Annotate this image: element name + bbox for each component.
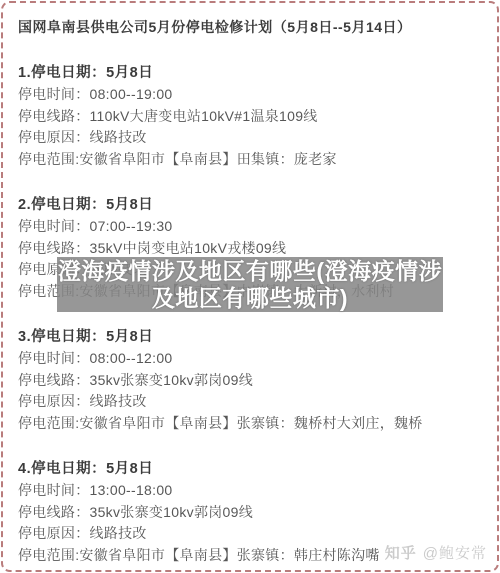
row-label: 停电范围: bbox=[18, 415, 79, 431]
outage-row: 停电时间：08:00--12:00 bbox=[18, 348, 480, 370]
outage-row: 停电原因：线路技改 bbox=[18, 127, 480, 149]
watermark-handle: @鲍安常 bbox=[423, 545, 487, 562]
outage-row: 停电范围:安徽省阜阳市【阜南县】张寨镇：魏桥村大刘庄，魏桥 bbox=[18, 413, 480, 435]
row-label: 停电原因： bbox=[18, 129, 90, 145]
outage-date-title: 1.停电日期：5月8日 bbox=[18, 63, 480, 84]
overlay-title-banner: 澄海疫情涉及地区有哪些(澄海疫情涉 及地区有哪些城市) bbox=[57, 257, 443, 312]
row-value: 线路技改 bbox=[90, 129, 147, 145]
outage-row: 停电时间：08:00--19:00 bbox=[18, 84, 480, 106]
row-value: 07:00--19:30 bbox=[90, 218, 173, 234]
outage-row: 停电范围:安徽省阜阳市【阜南县】田集镇：庞老家 bbox=[18, 149, 480, 171]
row-value: 安徽省阜阳市【阜南县】张寨镇：魏桥村大刘庄，魏桥 bbox=[79, 415, 422, 431]
row-value: 35kv张寨变10kv郭岗09线 bbox=[90, 372, 254, 388]
outage-row: 停电线路：110kV大唐变电站10kV#1温泉109线 bbox=[18, 106, 480, 128]
watermark: 知乎@鲍安常 bbox=[385, 542, 487, 563]
row-label: 停电范围: bbox=[18, 151, 79, 167]
outage-row: 停电原因：线路技改 bbox=[18, 391, 480, 413]
sections: 1.停电日期：5月8日停电时间：08:00--19:00停电线路：110kV大唐… bbox=[18, 63, 480, 566]
outage-row: 停电线路：35kv张寨变10kv郭岗09线 bbox=[18, 502, 480, 524]
overlay-title-line1: 澄海疫情涉及地区有哪些(澄海疫情涉 bbox=[58, 258, 442, 285]
watermark-brand: 知乎 bbox=[385, 545, 417, 562]
row-value: 35kv张寨变10kv郭岗09线 bbox=[90, 504, 254, 520]
notice-image: 国网阜南县供电公司5月份停电检修计划（5月8日--5月14日） 1.停电日期：5… bbox=[0, 0, 500, 573]
outage-section: 3.停电日期：5月8日停电时间：08:00--12:00停电线路：35kv张寨变… bbox=[18, 327, 480, 434]
page-title: 国网阜南县供电公司5月份停电检修计划（5月8日--5月14日） bbox=[18, 17, 480, 37]
outage-row: 停电线路：35kV中岗变电站10kV戎楼09线 bbox=[18, 238, 480, 260]
row-value: 08:00--12:00 bbox=[90, 350, 173, 366]
row-label: 停电原因： bbox=[18, 393, 90, 409]
row-label: 停电原因： bbox=[18, 525, 90, 541]
row-label: 停电线路： bbox=[18, 372, 90, 388]
row-value: 线路技改 bbox=[90, 525, 147, 541]
row-value: 110kV大唐变电站10kV#1温泉109线 bbox=[90, 108, 318, 124]
row-label: 停电线路： bbox=[18, 108, 90, 124]
row-label: 停电范围: bbox=[18, 547, 79, 563]
outage-row: 停电时间：13:00--18:00 bbox=[18, 480, 480, 502]
row-label: 停电时间： bbox=[18, 86, 90, 102]
row-label: 停电时间： bbox=[18, 218, 90, 234]
row-label: 停电线路： bbox=[18, 504, 90, 520]
row-value: 线路技改 bbox=[90, 393, 147, 409]
row-value: 安徽省阜阳市【阜南县】张寨镇：韩庄村陈沟嘴 bbox=[79, 547, 379, 563]
row-label: 停电时间： bbox=[18, 482, 90, 498]
outage-row: 停电线路：35kv张寨变10kv郭岗09线 bbox=[18, 370, 480, 392]
row-value: 13:00--18:00 bbox=[90, 482, 173, 498]
outage-date-title: 2.停电日期：5月8日 bbox=[18, 195, 480, 216]
row-value: 08:00--19:00 bbox=[90, 86, 173, 102]
outage-date-title: 4.停电日期：5月8日 bbox=[18, 459, 480, 480]
row-label: 停电线路： bbox=[18, 240, 90, 256]
row-value: 安徽省阜阳市【阜南县】田集镇：庞老家 bbox=[79, 151, 336, 167]
row-value: 35kV中岗变电站10kV戎楼09线 bbox=[90, 240, 287, 256]
outage-section: 1.停电日期：5月8日停电时间：08:00--19:00停电线路：110kV大唐… bbox=[18, 63, 480, 170]
row-label: 停电时间： bbox=[18, 350, 90, 366]
outage-row: 停电时间：07:00--19:30 bbox=[18, 216, 480, 238]
overlay-title-line2: 及地区有哪些城市) bbox=[152, 285, 348, 312]
outage-date-title: 3.停电日期：5月8日 bbox=[18, 327, 480, 348]
